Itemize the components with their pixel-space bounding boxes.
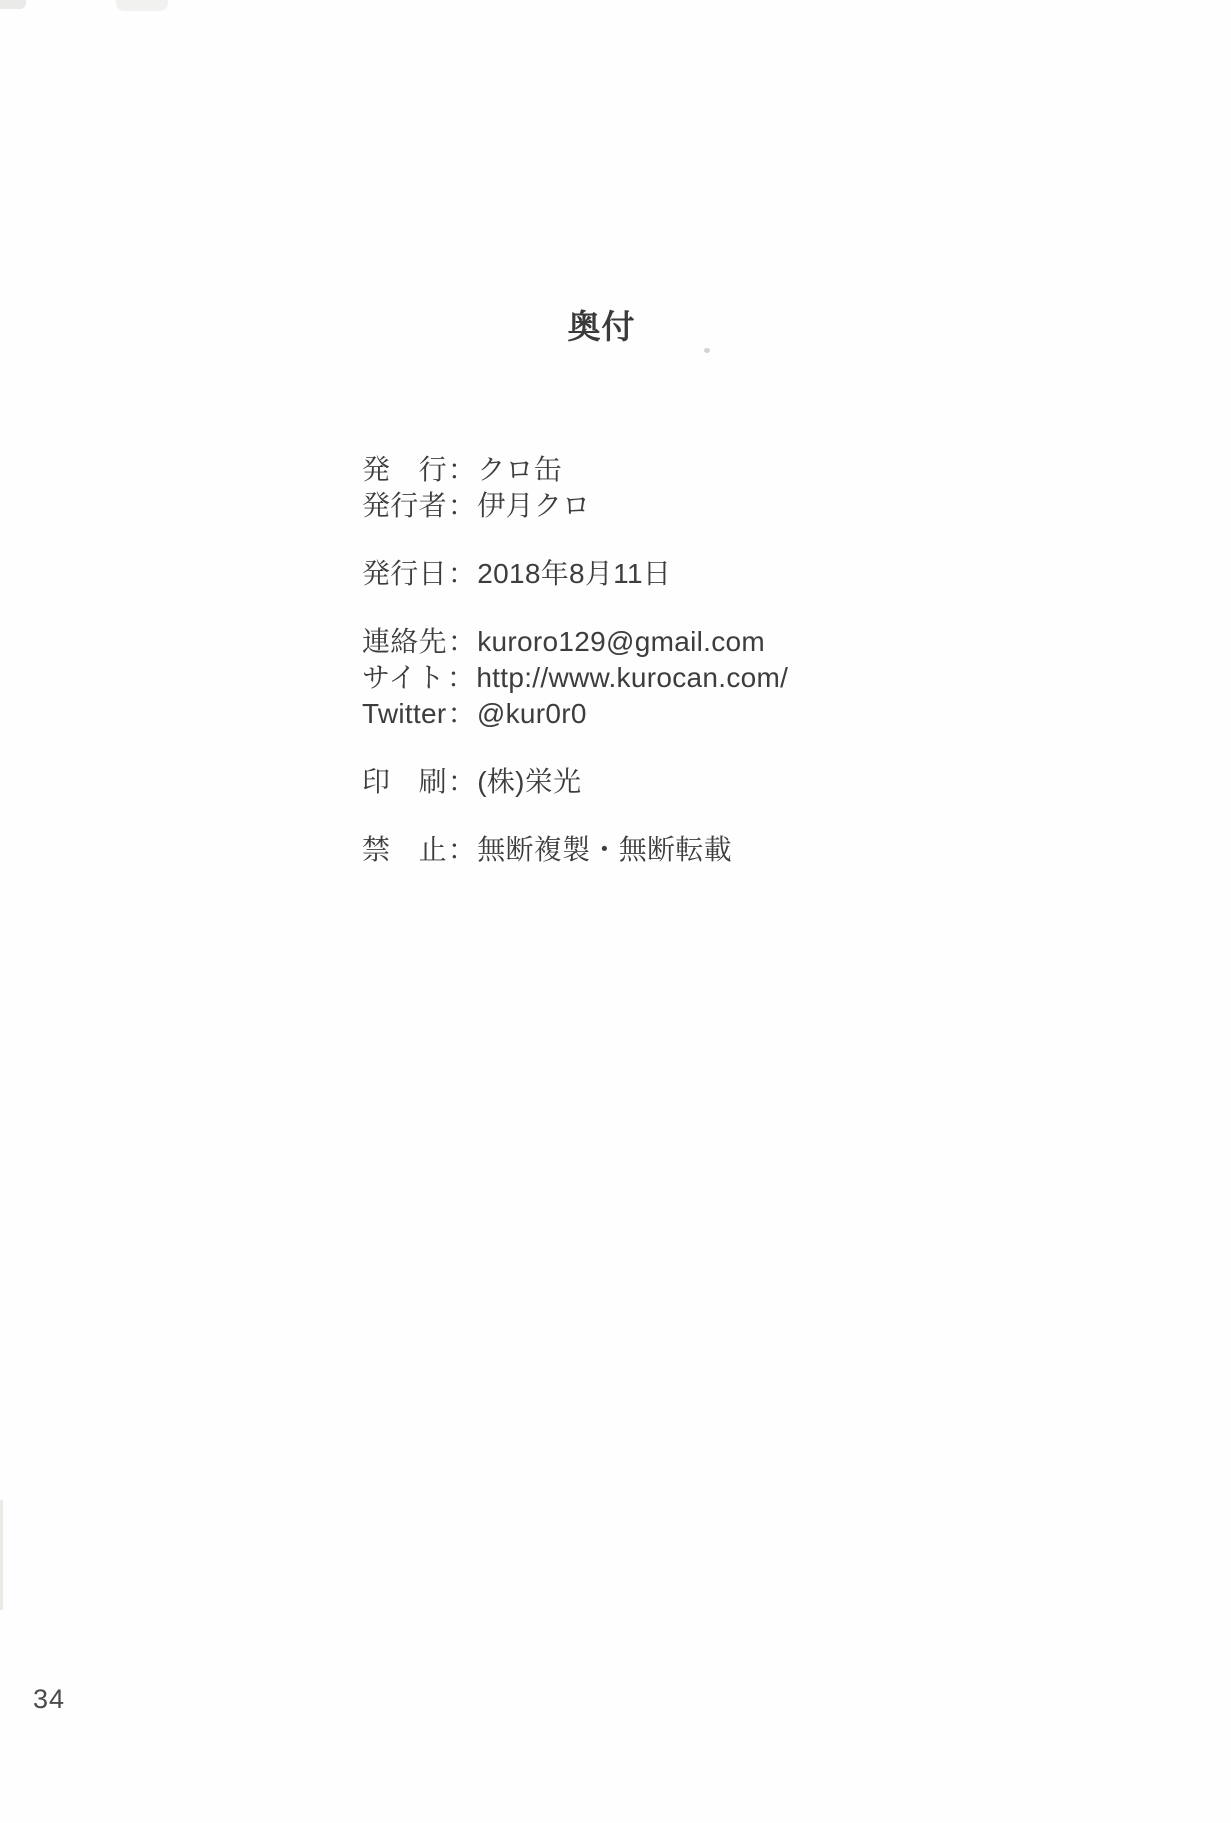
colophon-group-printer: 印 刷：(株)栄光: [362, 764, 788, 800]
colophon-group-prohibition: 禁 止：無断複製・無断転載: [362, 832, 788, 868]
colophon-group-publisher: 発 行：クロ缶 発行者：伊月クロ: [362, 452, 788, 524]
colophon-label: 発行者: [362, 488, 447, 524]
colophon-row-printer: 印 刷：(株)栄光: [362, 764, 788, 800]
scan-artifact: [0, 0, 26, 9]
colophon-page: 奥付 発 行：クロ缶 発行者：伊月クロ 発行日：2018年8月11日 連絡先：k…: [0, 0, 1231, 1823]
colophon-row-email: 連絡先：kuroro129@gmail.com: [362, 624, 788, 660]
colophon-block: 発 行：クロ缶 発行者：伊月クロ 発行日：2018年8月11日 連絡先：kuro…: [362, 452, 788, 868]
colophon-value: 2018年8月11日: [477, 558, 671, 589]
scan-artifact: [116, 0, 168, 11]
colophon-label: 発行日: [362, 556, 447, 592]
colophon-label: 発 行: [362, 452, 447, 488]
colophon-value-url: http://www.kurocan.com/: [476, 662, 788, 693]
colophon-separator: ：: [447, 454, 477, 485]
page-title: 奥付: [0, 301, 1217, 348]
colophon-label: Twitter: [362, 696, 447, 732]
colophon-separator: ：: [447, 834, 477, 865]
colophon-label: サイト: [362, 660, 446, 696]
scan-artifact: [0, 1500, 3, 1610]
colophon-value: 無断複製・無断転載: [477, 834, 732, 865]
colophon-separator: ：: [447, 490, 477, 521]
colophon-value: クロ缶: [477, 454, 562, 485]
colophon-separator: ：: [446, 662, 476, 693]
colophon-value-email: kuroro129@gmail.com: [477, 626, 765, 657]
colophon-value-twitter: @kur0r0: [477, 698, 587, 729]
colophon-value: (株)栄光: [477, 766, 581, 797]
colophon-group-date: 発行日：2018年8月11日: [362, 556, 788, 592]
colophon-label: 連絡先: [362, 624, 447, 660]
colophon-separator: ：: [447, 766, 477, 797]
colophon-row-publisher: 発 行：クロ缶: [362, 452, 788, 488]
colophon-separator: ：: [447, 698, 477, 729]
colophon-group-contact: 連絡先：kuroro129@gmail.com サイト：http://www.k…: [362, 624, 788, 732]
colophon-label: 印 刷: [362, 764, 447, 800]
colophon-row-website: サイト：http://www.kurocan.com/: [362, 660, 788, 696]
colophon-value: 伊月クロ: [477, 490, 590, 521]
colophon-separator: ：: [447, 626, 477, 657]
colophon-separator: ：: [447, 558, 477, 589]
page-number: 34: [33, 1684, 65, 1715]
scan-artifact: [704, 348, 710, 353]
colophon-row-date: 発行日：2018年8月11日: [362, 556, 788, 592]
colophon-row-prohibition: 禁 止：無断複製・無断転載: [362, 832, 788, 868]
colophon-row-twitter: Twitter：@kur0r0: [362, 696, 788, 732]
colophon-row-author: 発行者：伊月クロ: [362, 488, 788, 524]
colophon-label: 禁 止: [362, 832, 447, 868]
